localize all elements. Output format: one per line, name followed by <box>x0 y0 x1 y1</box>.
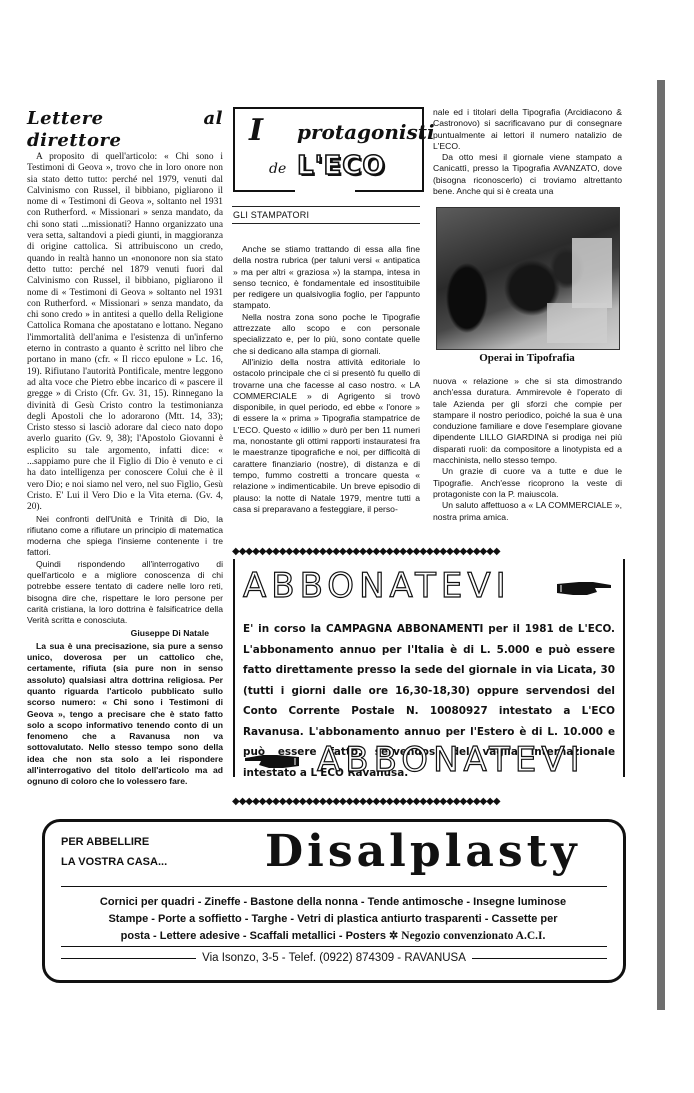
article-paragraph: All'inizio della nostra attività editori… <box>233 357 420 515</box>
services-line: posta - Lettere adesive - Scaffali metal… <box>57 928 609 945</box>
services-line: Cornici per quadri - Zineffe - Bastone d… <box>57 894 609 911</box>
header-eco-logo: L'ECO <box>297 151 385 181</box>
divider <box>232 223 420 224</box>
photo-detail <box>547 303 607 343</box>
pointing-hand-left-icon <box>243 752 299 770</box>
subscription-box: ABBONATEVI E' in corso la CAMPAGNA ABBON… <box>233 559 625 777</box>
letter-signature: Giuseppe Di Natale <box>27 628 223 639</box>
article-paragraph: Nella nostra zona sono poche le Tipograf… <box>233 312 420 357</box>
protagonisti-column: Anche se stiamo trattando di essa alla f… <box>233 244 420 515</box>
advert-slogan: PER ABBELLIRE LA VOSTRA CASA... <box>61 832 167 872</box>
advert-address-row: Via Isonzo, 3-5 - Telef. (0922) 874309 -… <box>61 952 607 964</box>
rule <box>472 958 607 959</box>
article-paragraph: Un saluto affettuoso a « LA COMMERCIALE … <box>433 500 622 523</box>
header-initial: I <box>249 115 263 147</box>
letters-column: Lettere al direttore A proposito di quel… <box>27 108 223 788</box>
editor-reply: La sua è una precisazione, sia pure a se… <box>27 641 223 788</box>
rule <box>61 958 196 959</box>
diamond-border-top: ◆◆◆◆◆◆◆◆◆◆◆◆◆◆◆◆◆◆◆◆◆◆◆◆◆◆◆◆◆◆◆◆◆◆◆◆◆◆◆◆ <box>232 547 623 557</box>
slogan-line: LA VOSTRA CASA... <box>61 852 167 872</box>
article-paragraph: Anche se stiamo trattando di essa alla f… <box>233 244 420 312</box>
advert-brand: Disalplasty <box>265 826 581 878</box>
divider <box>232 206 420 207</box>
photo-detail <box>572 238 612 308</box>
article-paragraph: nuova « relazione » che si sta dimostran… <box>433 376 622 466</box>
slogan-line: PER ABBELLIRE <box>61 832 167 852</box>
article-paragraph: nale ed i titolari della Tipografia (Arc… <box>433 107 622 152</box>
header-de: de <box>269 161 286 177</box>
divider <box>61 946 607 947</box>
photo-caption: Operai in Tipofrafia <box>436 352 618 364</box>
print-shop-photo <box>436 207 620 350</box>
protagonisti-column-continued: nale ed i titolari della Tipografia (Arc… <box>433 107 622 197</box>
services-text: posta - Lettere adesive - Scaffali metal… <box>121 930 386 942</box>
disalplasty-advert: PER ABBELLIRE LA VOSTRA CASA... Disalpla… <box>42 819 626 983</box>
services-line: Stampe - Porte a soffietto - Targhe - Ve… <box>57 911 609 928</box>
advert-services: Cornici per quadri - Zineffe - Bastone d… <box>57 894 609 945</box>
protagonisti-column-end: nuova « relazione » che si sta dimostran… <box>433 376 622 523</box>
subscription-headline: ABBONATEVI <box>243 567 511 605</box>
article-paragraph: Un grazie di cuore va a tutte e due le T… <box>433 466 622 500</box>
subscription-headline-bottom: ABBONATEVI <box>317 741 585 779</box>
letter-paragraph: A proposito di quell'articolo: « Chi son… <box>27 152 223 514</box>
letter-paragraph: Nei confronti dell'Unità e Trinità di Di… <box>27 514 223 559</box>
page-edge-strip <box>657 80 665 1010</box>
header-protagonisti: protagonisti <box>297 120 435 144</box>
article-paragraph: Da otto mesi il giornale viene stampato … <box>433 152 622 197</box>
divider <box>61 886 607 887</box>
protagonisti-header: I protagonisti de L'ECO <box>233 107 424 192</box>
letters-title: Lettere al direttore <box>27 108 223 152</box>
pointing-hand-right-icon <box>557 579 613 597</box>
advert-address: Via Isonzo, 3-5 - Telef. (0922) 874309 -… <box>196 952 472 964</box>
diamond-border-bottom: ◆◆◆◆◆◆◆◆◆◆◆◆◆◆◆◆◆◆◆◆◆◆◆◆◆◆◆◆◆◆◆◆◆◆◆◆◆◆◆◆ <box>232 797 623 807</box>
star-ornament-icon: ✲ <box>389 930 398 942</box>
letter-paragraph: Quindi rispondendo all'interrogativo di … <box>27 559 223 627</box>
section-label: GLI STAMPATORI <box>233 210 309 220</box>
services-aci: Negozio convenzionato A.C.I. <box>401 930 545 942</box>
